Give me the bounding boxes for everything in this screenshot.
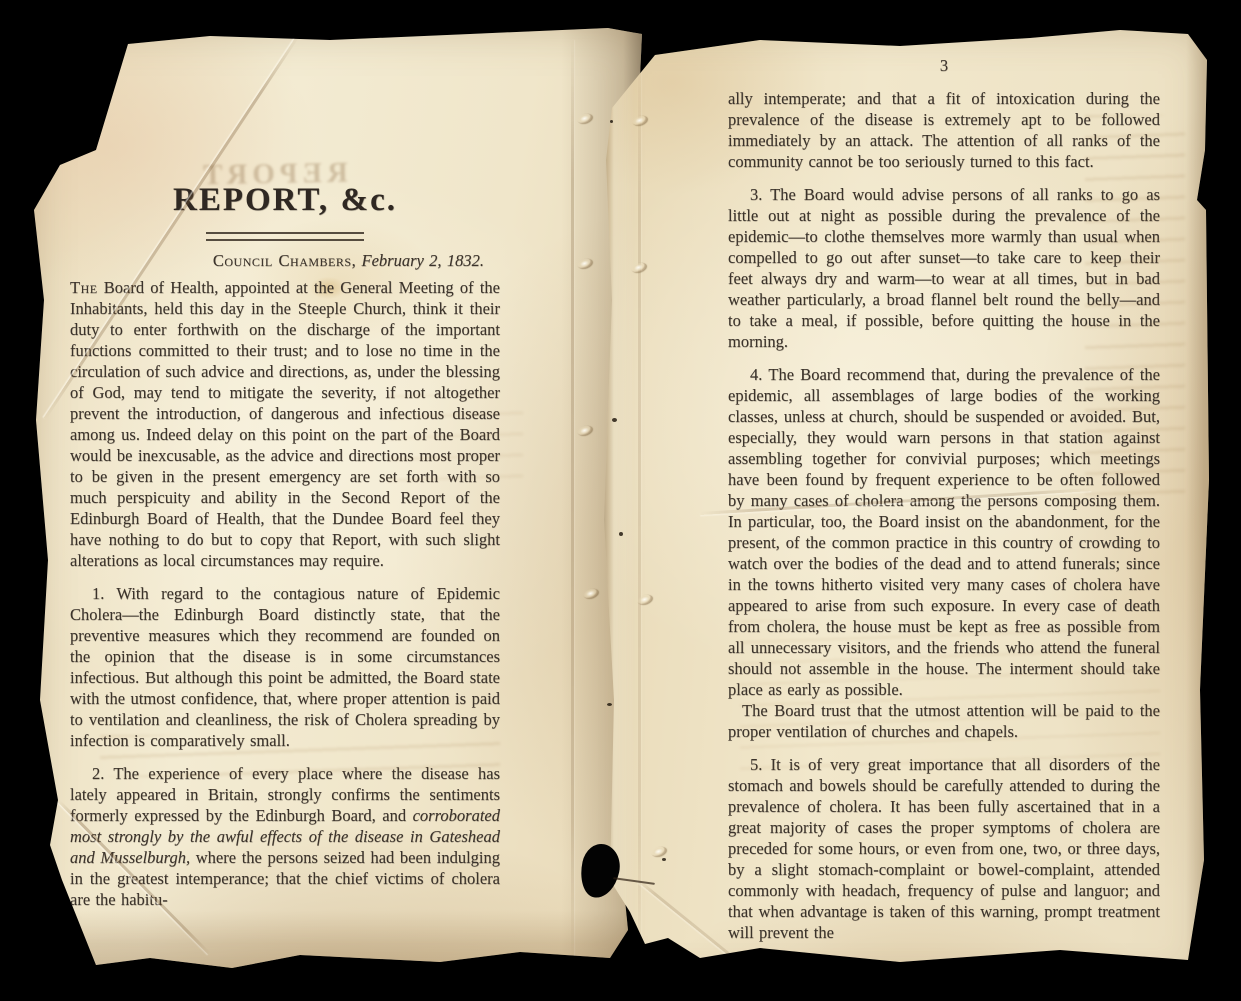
- opening-body: Board of Health, appointed at the Genera…: [70, 278, 500, 570]
- dateline: Council Chambers, February 2, 1832.: [70, 250, 500, 271]
- document-scan: REPORT REPORT, &c. Council Chambers, Feb…: [0, 0, 1241, 1001]
- continuation-paragraph: ally intemperate; and that a fit of into…: [728, 88, 1160, 172]
- opening-lead-word: The: [70, 278, 98, 297]
- dateline-place: Council Chambers,: [213, 251, 356, 270]
- paragraph-2: 2. The experience of every place where t…: [70, 763, 500, 910]
- paragraph-trust: The Board trust that the utmost attentio…: [728, 700, 1160, 742]
- vertical-fold-crease: [571, 40, 574, 960]
- left-page: REPORT REPORT, &c. Council Chambers, Feb…: [28, 26, 648, 970]
- right-page-text-column: 3 ally intemperate; and that a fit of in…: [728, 55, 1160, 943]
- title-double-rule: [206, 232, 364, 241]
- paragraph-1: 1. With regard to the contagious nature …: [70, 583, 500, 751]
- paragraph-5: 5. It is of very great importance that a…: [728, 754, 1160, 943]
- vertical-fold-crease: [638, 64, 641, 964]
- paragraph-3: 3. The Board would advise persons of all…: [728, 184, 1160, 352]
- paragraph-4: 4. The Board recommend that, during the …: [728, 364, 1160, 700]
- left-page-text-column: REPORT, &c. Council Chambers, February 2…: [70, 180, 500, 910]
- opening-paragraph: The Board of Health, appointed at the Ge…: [70, 277, 500, 571]
- dateline-date: February 2, 1832.: [356, 251, 484, 270]
- report-title: REPORT, &c.: [70, 180, 500, 220]
- right-page: 3 ally intemperate; and that a fit of in…: [598, 24, 1212, 990]
- page-number: 3: [728, 55, 1160, 76]
